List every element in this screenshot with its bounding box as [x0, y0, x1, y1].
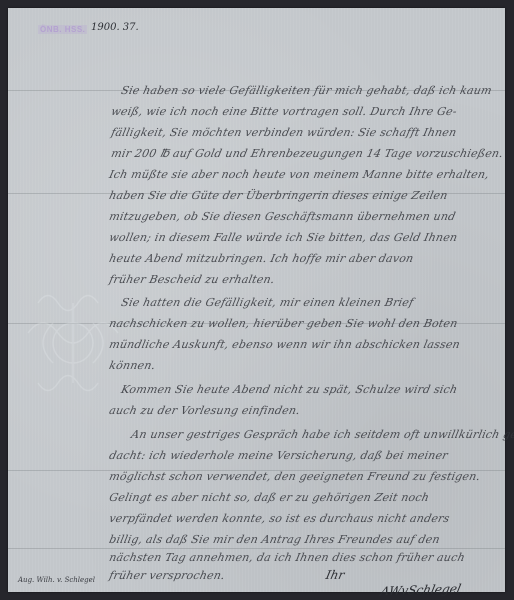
- letter-line: Kommen Sie heute Abend nicht zu spät, Sc…: [120, 383, 459, 396]
- letter-line: haben Sie die Güte der Überbringerin die…: [108, 189, 449, 202]
- signature: AWvSchlegel: [379, 582, 462, 599]
- letter-line: früher versprochen.: [108, 569, 226, 582]
- letter-body: Sie haben so viele Gefälligkeiten für mi…: [8, 8, 505, 592]
- letter-line: möglichst schon verwendet, den geeignete…: [108, 470, 482, 483]
- letter-line: dacht: ich wiederhole meine Versicherung…: [108, 449, 449, 462]
- letter-line: Ich müßte sie aber noch heute von meinem…: [108, 168, 490, 181]
- letter-line: mir 200 ℔ auf Gold und Ehrenbezeugungen …: [110, 147, 504, 160]
- letter-line: mitzugeben, ob Sie diesen Geschäftsmann …: [108, 210, 457, 223]
- letter-paper: ÖNB. HSS. 1900. 37. Sie haben so viele G…: [8, 8, 505, 592]
- letter-line: können.: [108, 359, 157, 372]
- letter-line: weiß, wie ich noch eine Bitte vortragen …: [110, 105, 458, 118]
- letter-line: früher Bescheid zu erhalten.: [108, 273, 276, 286]
- archive-annotation: Aug. Wilh. v. Schlegel: [18, 576, 95, 584]
- letter-line: nachschicken zu wollen, hierüber geben S…: [108, 317, 459, 330]
- closing-salutation: Ihr: [325, 568, 346, 582]
- letter-line: billig, als daß Sie mir den Antrag Ihres…: [108, 533, 441, 546]
- letter-line: verpfändet werden konnte, so ist es durc…: [108, 512, 451, 525]
- letter-line: Gelingt es aber nicht so, daß er zu gehö…: [108, 491, 430, 504]
- letter-line: Sie haben so viele Gefälligkeiten für mi…: [120, 84, 493, 97]
- letter-line: nächsten Tag annehmen, da ich Ihnen dies…: [108, 551, 466, 564]
- letter-line: Sie hatten die Gefälligkeit, mir einen k…: [120, 296, 415, 309]
- letter-line: fälligkeit, Sie möchten verbinden würden…: [110, 126, 458, 139]
- letter-line: mündliche Auskunft, ebenso wenn wir ihn …: [108, 338, 461, 351]
- letter-line: heute Abend mitzubringen. Ich hoffe mir …: [108, 252, 415, 265]
- letter-line: auch zu der Vorlesung einfinden.: [108, 404, 301, 417]
- letter-line: An unser gestriges Gespräch habe ich sei…: [130, 428, 514, 441]
- letter-line: wollen; in diesem Falle würde ich Sie bi…: [108, 231, 459, 244]
